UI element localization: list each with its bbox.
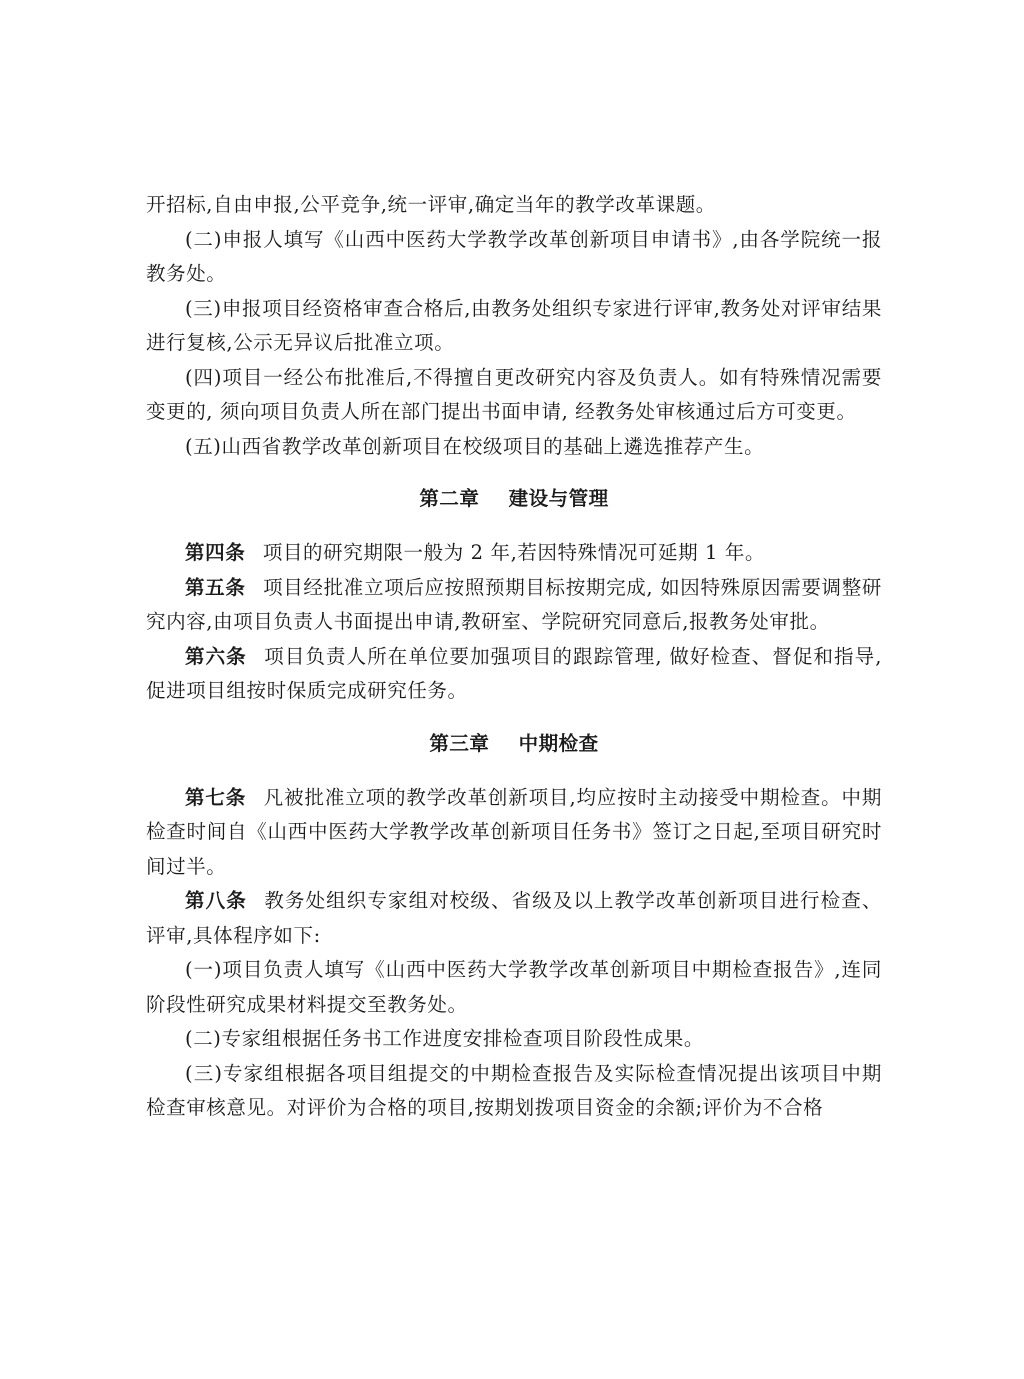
article-label: 第五条 xyxy=(185,576,246,599)
article-text: 凡被批准立项的教学改革创新项目,均应按时主动接受中期检查。中期检查时间自《山西中… xyxy=(146,786,882,878)
article-label: 第四条 xyxy=(185,541,245,564)
chapter-heading-3: 第三章中期检查 xyxy=(146,727,882,761)
article-label: 第七条 xyxy=(185,786,246,809)
paragraph-continuation: 开招标,自由申报,公平竞争,统一评审,确定当年的教学改革课题。 xyxy=(146,188,882,223)
paragraph-item-2: (二)申报人填写《山西中医药大学教学改革创新项目申请书》,由各学院统一报教务处。 xyxy=(146,223,882,292)
article-label: 第六条 xyxy=(185,645,247,668)
article-text: 项目负责人所在单位要加强项目的跟踪管理, 做好检查、督促和指导,促进项目组按时保… xyxy=(146,645,882,703)
article-8: 第八条教务处组织专家组对校级、省级及以上教学改革创新项目进行检查、评审,具体程序… xyxy=(146,884,882,953)
paragraph-item-4: (四)项目一经公布批准后,不得擅自更改研究内容及负责人。如有特殊情况需要变更的,… xyxy=(146,361,882,430)
chapter-number: 第二章 xyxy=(419,487,479,510)
article-6: 第六条项目负责人所在单位要加强项目的跟踪管理, 做好检查、督促和指导,促进项目组… xyxy=(146,640,882,709)
chapter-title: 建设与管理 xyxy=(509,487,609,510)
article-8-item-2: (二)专家组根据任务书工作进度安排检查项目阶段性成果。 xyxy=(146,1022,882,1057)
article-label: 第八条 xyxy=(185,889,247,912)
article-8-item-3: (三)专家组根据各项目组提交的中期检查报告及实际检查情况提出该项目中期检查审核意… xyxy=(146,1057,882,1126)
article-text: 项目的研究期限一般为 2 年,若因特殊情况可延期 1 年。 xyxy=(263,541,765,564)
article-text: 项目经批准立项后应按照预期目标按期完成, 如因特殊原因需要调整研究内容,由项目负… xyxy=(146,576,882,634)
document-page: 开招标,自由申报,公平竞争,统一评审,确定当年的教学改革课题。 (二)申报人填写… xyxy=(146,188,882,1126)
chapter-title: 中期检查 xyxy=(519,732,599,755)
article-8-item-1: (一)项目负责人填写《山西中医药大学教学改革创新项目中期检查报告》,连同阶段性研… xyxy=(146,953,882,1022)
article-text: 教务处组织专家组对校级、省级及以上教学改革创新项目进行检查、评审,具体程序如下: xyxy=(146,889,882,947)
paragraph-item-3: (三)申报项目经资格审查合格后,由教务处组织专家进行评审,教务处对评审结果进行复… xyxy=(146,292,882,361)
paragraph-item-5: (五)山西省教学改革创新项目在校级项目的基础上遴选推荐产生。 xyxy=(146,430,882,465)
article-4: 第四条项目的研究期限一般为 2 年,若因特殊情况可延期 1 年。 xyxy=(146,536,882,571)
chapter-heading-2: 第二章建设与管理 xyxy=(146,482,882,516)
article-7: 第七条凡被批准立项的教学改革创新项目,均应按时主动接受中期检查。中期检查时间自《… xyxy=(146,781,882,885)
article-5: 第五条项目经批准立项后应按照预期目标按期完成, 如因特殊原因需要调整研究内容,由… xyxy=(146,571,882,640)
chapter-number: 第三章 xyxy=(429,732,489,755)
